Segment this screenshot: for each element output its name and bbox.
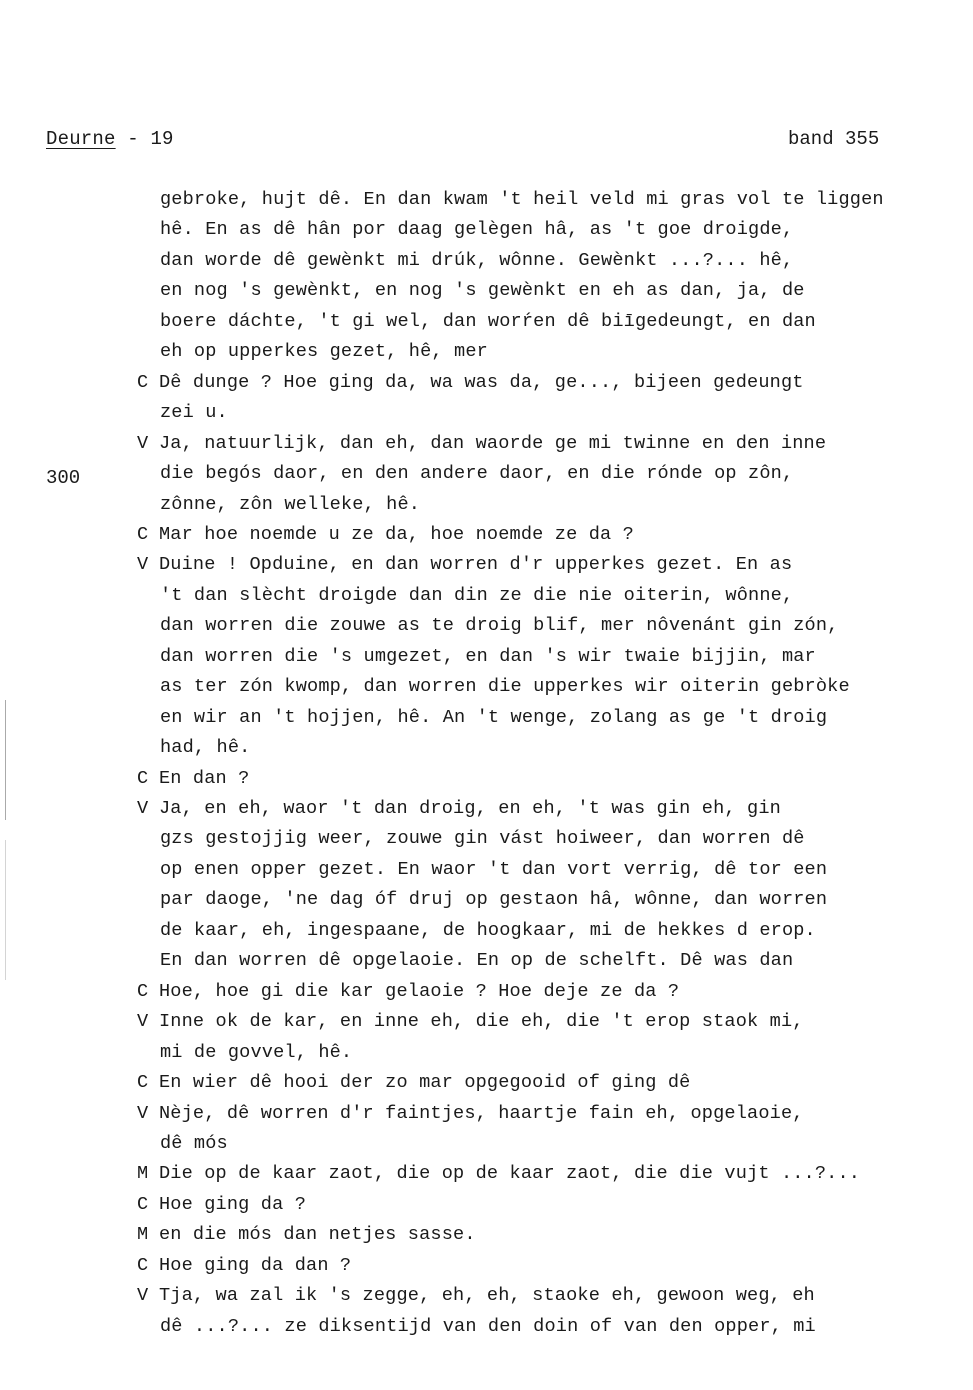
transcript-line: CMar hoe noemde u ze da, hoe noemde ze d… <box>137 526 634 545</box>
line-text: gzs gestojjig weer, zouwe gin vást hoiwe… <box>160 828 805 849</box>
scan-edge-mark <box>5 700 6 820</box>
line-text: en nog 's gewènkt, en nog 's gewènkt en … <box>160 280 805 301</box>
transcript-line: CEn dan ? <box>137 770 249 789</box>
line-text: Hoe, hoe gi die kar gelaoie ? Hoe deje z… <box>159 981 679 1002</box>
line-text: Die op de kaar zaot, die op de kaar zaot… <box>159 1163 860 1184</box>
transcript-line: MDie op de kaar zaot, die op de kaar zao… <box>137 1165 860 1184</box>
line-text: zei u. <box>160 402 228 423</box>
margin-line-number: 300 <box>46 467 80 489</box>
line-text: gebroke, hujt dê. En dan kwam 't heil ve… <box>160 189 884 210</box>
transcript-line: de kaar, eh, ingespaane, de hoogkaar, mi… <box>160 922 816 941</box>
speaker-label: V <box>137 556 159 575</box>
line-text: Duine ! Opduine, en dan worren d'r upper… <box>159 554 792 575</box>
transcript-line: had, hê. <box>160 739 250 758</box>
transcript-line: CEn wier dê hooi der zo mar opgegooid of… <box>137 1074 690 1093</box>
tape-band-label: band 355 <box>788 128 879 150</box>
line-text: op enen opper gezet. En waor 't dan vort… <box>160 859 827 880</box>
line-text: dê mós <box>160 1133 228 1154</box>
transcript-line: die begós daor, en den andere daor, en d… <box>160 465 793 484</box>
transcript-line: CHoe ging da dan ? <box>137 1257 351 1276</box>
line-text: Inne ok de kar, en inne eh, die eh, die … <box>159 1011 804 1032</box>
transcript-line: En dan worren dê opgelaoie. En op de sch… <box>160 952 793 971</box>
line-text: eh op upperkes gezet, hê, mer <box>160 341 488 362</box>
transcript-line: hê. En as dê hân por daag gelègen hâ, as… <box>160 221 793 240</box>
speaker-label: M <box>137 1226 159 1245</box>
speaker-label: V <box>137 1287 159 1306</box>
transcript-line: dan worren die 's umgezet, en dan 's wir… <box>160 648 816 667</box>
line-text: boere dáchte, 't gi wel, dan worŕen dê b… <box>160 311 816 332</box>
line-text: mi de govvel, hê. <box>160 1042 352 1063</box>
transcript-line: dê mós <box>160 1135 228 1154</box>
transcript-line: zei u. <box>160 404 228 423</box>
line-text: had, hê. <box>160 737 250 758</box>
line-text: En dan ? <box>159 768 249 789</box>
line-text: Tja, wa zal ik 's zegge, eh, eh, staoke … <box>159 1285 815 1306</box>
line-text: hê. En as dê hân por daag gelègen hâ, as… <box>160 219 793 240</box>
transcript-line: 't dan slècht droigde dan din ze die nie… <box>160 587 793 606</box>
line-text: zônne, zôn welleke, hê. <box>160 494 420 515</box>
line-text: Ja, natuurlijk, dan eh, dan waorde ge mi… <box>159 433 826 454</box>
transcript-line: VJa, en eh, waor 't dan droig, en eh, 't… <box>137 800 781 819</box>
transcript-line: CHoe ging da ? <box>137 1196 306 1215</box>
scan-edge-mark <box>5 840 6 980</box>
line-text: die begós daor, en den andere daor, en d… <box>160 463 793 484</box>
line-text: Hoe ging da dan ? <box>159 1255 351 1276</box>
line-text: en wir an 't hojjen, hê. An 't wenge, zo… <box>160 707 827 728</box>
line-text: 't dan slècht droigde dan din ze die nie… <box>160 585 793 606</box>
transcript-line: mi de govvel, hê. <box>160 1044 352 1063</box>
speaker-label: V <box>137 435 159 454</box>
line-text: En wier dê hooi der zo mar opgegooid of … <box>159 1072 690 1093</box>
transcript-line: CDê dunge ? Hoe ging da, wa was da, ge..… <box>137 374 804 393</box>
transcript-line: dê ...?... ze diksentijd van den doin of… <box>160 1318 816 1337</box>
page-number: 19 <box>150 128 173 150</box>
speaker-label: V <box>137 800 159 819</box>
speaker-label: C <box>137 1074 159 1093</box>
line-text: Dê dunge ? Hoe ging da, wa was da, ge...… <box>159 372 804 393</box>
page-header-location: Deurne - 19 <box>46 128 174 150</box>
speaker-label: C <box>137 526 159 545</box>
line-text: dê ...?... ze diksentijd van den doin of… <box>160 1316 816 1337</box>
line-text: as ter zón kwomp, dan worren die upperke… <box>160 676 850 697</box>
line-text: de kaar, eh, ingespaane, de hoogkaar, mi… <box>160 920 816 941</box>
transcript-line: VDuine ! Opduine, en dan worren d'r uppe… <box>137 556 792 575</box>
line-text: Nèje, dê worren d'r faintjes, haartje fa… <box>159 1103 804 1124</box>
line-text: Ja, en eh, waor 't dan droig, en eh, 't … <box>159 798 781 819</box>
speaker-label: C <box>137 770 159 789</box>
transcript-line: VTja, wa zal ik 's zegge, eh, eh, staoke… <box>137 1287 815 1306</box>
transcript-line: en nog 's gewènkt, en nog 's gewènkt en … <box>160 282 805 301</box>
speaker-label: V <box>137 1105 159 1124</box>
transcript-line: CHoe, hoe gi die kar gelaoie ? Hoe deje … <box>137 983 679 1002</box>
transcript-line: boere dáchte, 't gi wel, dan worŕen dê b… <box>160 313 816 332</box>
transcript-line: gzs gestojjig weer, zouwe gin vást hoiwe… <box>160 830 805 849</box>
line-text: En dan worren dê opgelaoie. En op de sch… <box>160 950 793 971</box>
transcript-line: eh op upperkes gezet, hê, mer <box>160 343 488 362</box>
line-text: en die mós dan netjes sasse. <box>159 1224 476 1245</box>
transcript-line: dan worde dê gewènkt mi drúk, wônne. Gew… <box>160 252 793 271</box>
speaker-label: C <box>137 374 159 393</box>
transcript-line: VInne ok de kar, en inne eh, die eh, die… <box>137 1013 804 1032</box>
line-text: Mar hoe noemde u ze da, hoe noemde ze da… <box>159 524 634 545</box>
line-text: dan worren die 's umgezet, en dan 's wir… <box>160 646 816 667</box>
header-separator: - <box>116 128 151 150</box>
transcript-line: gebroke, hujt dê. En dan kwam 't heil ve… <box>160 191 884 210</box>
speaker-label: C <box>137 1257 159 1276</box>
transcript-line: dan worren die zouwe as te droig blif, m… <box>160 617 838 636</box>
transcript-line: Men die mós dan netjes sasse. <box>137 1226 476 1245</box>
line-text: par daoge, 'ne dag óf druj op gestaon hâ… <box>160 889 827 910</box>
transcript-line: zônne, zôn welleke, hê. <box>160 496 420 515</box>
transcript-line: op enen opper gezet. En waor 't dan vort… <box>160 861 827 880</box>
line-text: Hoe ging da ? <box>159 1194 306 1215</box>
transcript-line: par daoge, 'ne dag óf druj op gestaon hâ… <box>160 891 827 910</box>
speaker-label: V <box>137 1013 159 1032</box>
line-text: dan worren die zouwe as te droig blif, m… <box>160 615 838 636</box>
transcript-line: as ter zón kwomp, dan worren die upperke… <box>160 678 850 697</box>
place-name: Deurne <box>46 128 116 150</box>
speaker-label: M <box>137 1165 159 1184</box>
speaker-label: C <box>137 983 159 1002</box>
speaker-label: C <box>137 1196 159 1215</box>
transcript-line: VJa, natuurlijk, dan eh, dan waorde ge m… <box>137 435 826 454</box>
transcript-line: en wir an 't hojjen, hê. An 't wenge, zo… <box>160 709 827 728</box>
transcript-line: VNèje, dê worren d'r faintjes, haartje f… <box>137 1105 804 1124</box>
line-text: dan worde dê gewènkt mi drúk, wônne. Gew… <box>160 250 793 271</box>
